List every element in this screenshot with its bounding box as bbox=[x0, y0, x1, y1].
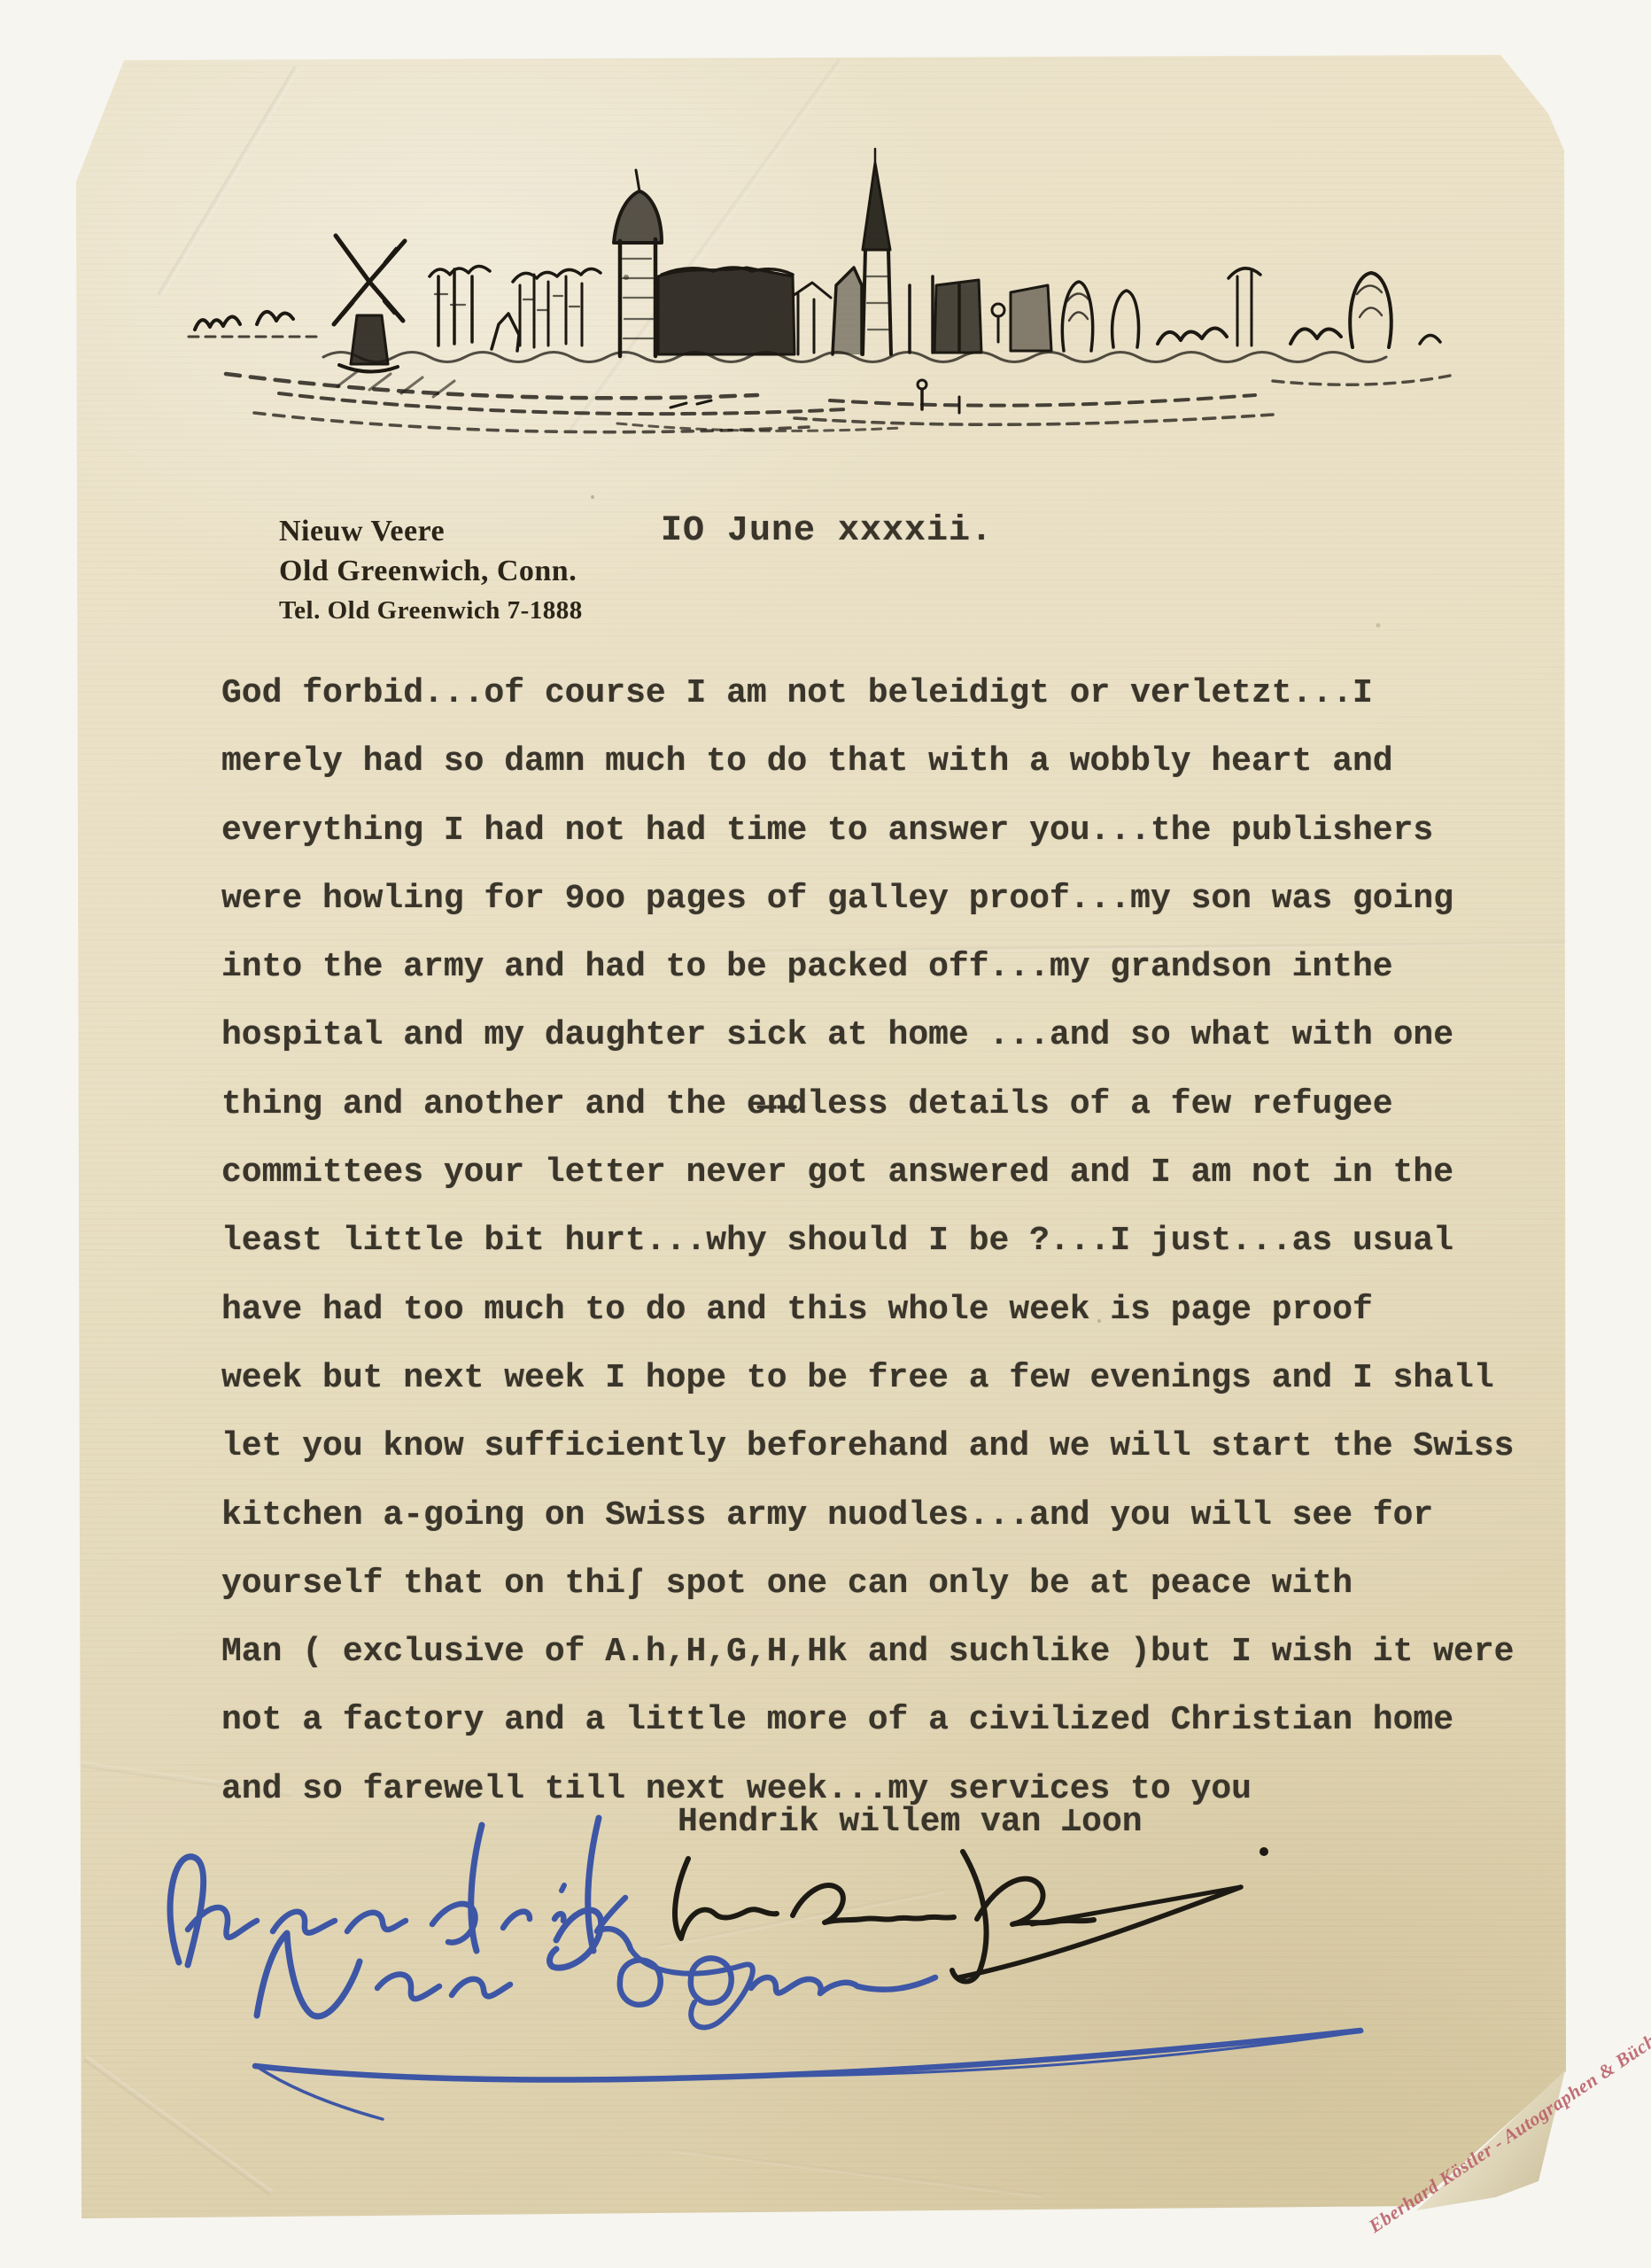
body-line: were howling for 9oo pages of galley pro… bbox=[221, 865, 1550, 933]
body-line: have had too much to do and this whole w… bbox=[221, 1276, 1550, 1344]
body-line: thing and another and the e̶n̶dless deta… bbox=[221, 1070, 1550, 1138]
body-line: kitchen a-going on Swiss army nuodles...… bbox=[221, 1481, 1550, 1550]
body-line: hospital and my daughter sick at home ..… bbox=[221, 1001, 1550, 1069]
body-line: Man ( exclusive of A.h,H,G,H,Hk and such… bbox=[221, 1618, 1550, 1686]
body-line: everything I had not had time to answer … bbox=[221, 796, 1550, 865]
letterhead-town: Old Greenwich, Conn. bbox=[279, 551, 583, 591]
scanned-letter-page: { "letterhead": { "address_line1": "Nieu… bbox=[0, 0, 1651, 2268]
body-line: yourself that on thiʃ spot one can only … bbox=[221, 1550, 1550, 1618]
letter-body: God forbid...of course I am not beleidig… bbox=[221, 659, 1550, 1823]
crease-blue-sig bbox=[657, 1889, 945, 1949]
body-line: let you know sufficiently beforehand and… bbox=[221, 1412, 1550, 1480]
body-line: week but next week I hope to be free a f… bbox=[221, 1344, 1550, 1412]
body-line: merely had so damn much to do that with … bbox=[221, 727, 1550, 796]
black-ink-signature bbox=[651, 1834, 1298, 2020]
letterhead-address: Nieuw Veere Old Greenwich, Conn. Tel. Ol… bbox=[279, 511, 583, 631]
letterhead-place: Nieuw Veere bbox=[279, 511, 583, 551]
letterhead-telephone: Tel. Old Greenwich 7-1888 bbox=[279, 591, 583, 631]
body-line: God forbid...of course I am not beleidig… bbox=[221, 659, 1550, 727]
crease-bottom-center bbox=[672, 2148, 1042, 2198]
body-line: least little bit hurt...why should I be … bbox=[221, 1207, 1550, 1275]
letter-paper: Nieuw Veere Old Greenwich, Conn. Tel. Ol… bbox=[0, 0, 1651, 2268]
crease-bottom-left bbox=[83, 2055, 273, 2195]
paper-specks bbox=[0, 0, 2, 2]
body-line: not a factory and a little more of a civ… bbox=[221, 1686, 1550, 1754]
body-line: into the army and had to be packed off..… bbox=[221, 933, 1550, 1001]
letterhead-illustration bbox=[173, 142, 1475, 434]
date-line: IO June xxxxii. bbox=[661, 511, 993, 551]
typed-signature: Hendrik willem van ⊥oon bbox=[678, 1788, 1143, 1856]
body-line: committees your letter never got answere… bbox=[221, 1138, 1550, 1207]
